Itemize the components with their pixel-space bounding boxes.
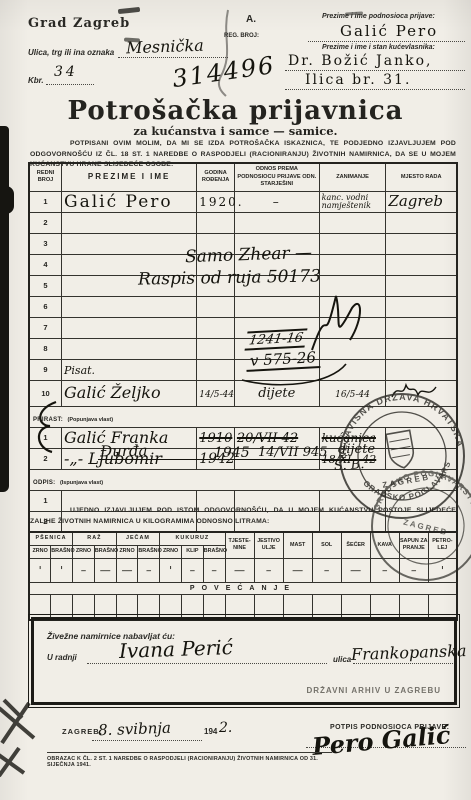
shop-name-label: U radnji	[47, 653, 77, 662]
owner-line2	[285, 89, 465, 90]
form-title: Potrošačka prijavnica	[0, 96, 471, 126]
col-mast: MAST	[283, 532, 312, 558]
person-workplace-value: Zagreb	[388, 192, 443, 210]
odpis-entry-name: Đurđa	[100, 442, 148, 461]
supply-value: —	[283, 558, 312, 582]
city-title: Grad Zagreb	[28, 16, 130, 31]
shop-name-value: Ivana Perić	[119, 635, 234, 663]
person-born: 14/5-44	[197, 380, 235, 406]
prirast-sublabel: (Popunjava vlast)	[68, 417, 114, 423]
odpis-sublabel: (Ispunjava vlast)	[60, 480, 103, 486]
supplies-group-header-row: PŠENICA RAŽ JEČAM KUKURUZ TJESTE-NINE JE…	[29, 532, 457, 545]
person-workplace	[386, 212, 457, 233]
increase-label: POVEĆANJE	[29, 582, 457, 594]
supply-value: —	[116, 558, 138, 582]
sub-klip: KLIP	[181, 545, 203, 558]
footer-year-printed: 194	[204, 727, 217, 736]
reg-number-label: REG. BROJ:	[224, 33, 259, 39]
kbr-label: Kbr.	[28, 76, 44, 85]
person-workplace	[386, 338, 457, 359]
row-number: 2	[29, 212, 62, 233]
persons-header-row: REDNI BROJ PREZIME I IME GODINA ROĐENJA …	[29, 163, 457, 191]
sub-brasno: BRAŠNO	[51, 545, 73, 558]
sub-brasno: BRAŠNO	[94, 545, 116, 558]
supply-value: –	[138, 558, 160, 582]
col-kava: KAVA	[370, 532, 399, 558]
applicant-line	[308, 41, 465, 42]
person-born: 1920.	[197, 191, 235, 212]
annotation-note2: Raspis od ruja 50173	[138, 266, 321, 289]
col-secer: ŠEĆER	[341, 532, 370, 558]
person-name	[62, 296, 197, 317]
person-occupation	[319, 233, 386, 254]
row-number: 1	[29, 191, 62, 212]
person-row-1: 1 Galić Pero 1920. – kanc. vodninamješte…	[29, 191, 457, 212]
person-occupation	[319, 212, 386, 233]
person-born	[197, 212, 235, 233]
person-born-value: 1920.	[199, 195, 243, 209]
person-name	[62, 338, 197, 359]
street-value: Mesnička	[126, 36, 204, 58]
scan-artifact-left-band	[0, 126, 9, 492]
owner-value-line2: Ilica br. 31.	[305, 72, 411, 88]
col-godina-rodjenja: GODINA ROĐENJA	[197, 163, 235, 191]
col-prezime-ime: PREZIME I IME	[62, 163, 197, 191]
row-number: 3	[29, 233, 62, 254]
row-number: 5	[29, 275, 62, 296]
person-name-value: Galić Željko	[64, 383, 161, 402]
supplies-intro: UJEDNO IZJAVLJUJEM POD ISTOM ODGOVORNOŠĆ…	[30, 506, 456, 527]
section-letter: A.	[246, 14, 256, 25]
col-raz: RAŽ	[73, 532, 117, 545]
row-number: 8	[29, 338, 62, 359]
col-jecam: JEČAM	[116, 532, 160, 545]
row-number: 7	[29, 317, 62, 338]
col-kukuruz: KUKURUZ	[160, 532, 225, 545]
sub-zrno: ZRNO	[116, 545, 138, 558]
person-name: Galić Pero	[62, 191, 197, 212]
supply-value: –	[73, 558, 95, 582]
form-subtitle: za kućanstva i samce — samice.	[0, 124, 471, 138]
footer-date-value: 8. svibnja	[98, 719, 171, 740]
person-relation	[234, 212, 319, 233]
scanned-form-page: Grad Zagreb Ulica, trg ili ina oznaka Me…	[0, 0, 471, 800]
person-relation-value: 20/VII 42	[237, 431, 298, 446]
person-occupation	[319, 254, 386, 275]
sub-zrno: ZRNO	[29, 545, 51, 558]
col-sapun: SAPUN ZA PRANJE	[399, 532, 428, 558]
person-born	[197, 317, 235, 338]
person-row-7: 7	[29, 317, 457, 338]
supply-value: –	[399, 558, 428, 582]
footer-year-hw: 2.	[219, 720, 232, 736]
row-number: 4	[29, 254, 62, 275]
applicant-value: Galić Pero	[340, 22, 438, 40]
person-born-value: 1910	[199, 431, 232, 446]
col-psenica: PŠENICA	[29, 532, 73, 545]
archive-stamp-text: DRŽAVNI ARHIV U ZAGREBU	[306, 686, 441, 695]
applicant-label: Prezime i ime podnosioca prijave:	[322, 13, 435, 20]
scan-artifact-topleft	[118, 7, 140, 14]
col-sol: SOL	[312, 532, 341, 558]
supplies-increase-row: POVEĆANJE	[29, 582, 457, 594]
supplies-table-wrap: PŠENICA RAŽ JEČAM KUKURUZ TJESTE-NINE JE…	[28, 531, 458, 621]
supplies-values-row: ' ' – — — – ' – – — – — – — – – '	[29, 558, 457, 582]
person-row-6: 6	[29, 296, 457, 317]
supplies-table: PŠENICA RAŽ JEČAM KUKURUZ TJESTE-NINE JE…	[28, 531, 458, 621]
person-row-8: 8	[29, 338, 457, 359]
person-relation-value: –	[273, 195, 281, 209]
kbr-value: 34	[54, 64, 78, 80]
person-workplace	[386, 359, 457, 380]
person-workplace	[386, 233, 457, 254]
person-relation: –	[234, 191, 319, 212]
person-name: Galić Željko	[62, 380, 197, 406]
sub-zrno: ZRNO	[73, 545, 95, 558]
person-name-value: Pisat.	[64, 364, 95, 377]
supply-value: –	[312, 558, 341, 582]
sub-zrno: ZRNO	[160, 545, 182, 558]
person-workplace	[386, 296, 457, 317]
col-mjesto-rada: MJESTO RADA	[386, 163, 457, 191]
odpis-label: ODPIS:	[33, 480, 55, 486]
supply-value: '	[428, 558, 457, 582]
person-workplace: Zagreb	[386, 191, 457, 212]
street-line	[118, 57, 228, 58]
kbr-line	[46, 84, 94, 85]
col-redni-broj: REDNI BROJ	[29, 163, 62, 191]
person-name	[62, 212, 197, 233]
col-petrolej: PETRO-LEJ	[428, 532, 457, 558]
row-number: 6	[29, 296, 62, 317]
owner-label: Prezime i ime i stan kućevlasnika:	[322, 44, 435, 51]
supply-value: '	[29, 558, 51, 582]
annotation-num8-value: 1241-16	[245, 328, 308, 350]
col-zanimanje: ZANIMANJE	[319, 163, 386, 191]
row-number: 9	[29, 359, 62, 380]
shop-street-value: Frankopanska	[351, 641, 467, 664]
supply-value: —	[94, 558, 116, 582]
prirast-bracket	[28, 398, 62, 456]
street-label: Ulica, trg ili ina oznaka	[28, 48, 114, 57]
sub-brasno: BRAŠNO	[138, 545, 160, 558]
supply-value: –	[181, 558, 203, 582]
odpis-entry-date: 14/VII 945	[258, 445, 328, 460]
supply-value: —	[341, 558, 370, 582]
person-row-2: 2	[29, 212, 457, 233]
person-name-value: Galić Pero	[64, 192, 173, 212]
col-jestivo-ulje: JESTIVO ULJE	[254, 532, 283, 558]
person-occupation: kanc. vodninamještenik	[319, 191, 386, 212]
col-odnos: ODNOS PREMA PODNOSIOCU PRIJAVE ODN. STAR…	[234, 163, 319, 191]
supply-value: –	[254, 558, 283, 582]
supply-value: –	[370, 558, 399, 582]
shop-name-line	[87, 663, 327, 664]
footer-note-rule	[47, 752, 332, 753]
person-name: Pisat.	[62, 359, 197, 380]
sub-brasno: BRAŠNO	[203, 545, 225, 558]
col-tjestenine: TJESTE-NINE	[225, 532, 254, 558]
shop-street-label: ulica	[333, 655, 351, 664]
annotation-swoosh	[240, 360, 350, 390]
person-born	[197, 296, 235, 317]
scan-artifact-left-bump	[0, 186, 14, 214]
person-born	[197, 359, 235, 380]
shop-box: Živežne namirnice nabavljat ću: U radnji…	[28, 614, 460, 708]
person-occupation-line2: namještenik	[322, 202, 384, 210]
footer-note: OBRAZAC K ČL. 2 ST. 1 NAREDBE O RASPODJE…	[47, 756, 337, 768]
footer-date-line	[92, 740, 202, 741]
owner-value-line1: Dr. Božić Janko,	[288, 53, 432, 69]
person-workplace	[386, 275, 457, 296]
supply-value: '	[51, 558, 73, 582]
person-born	[197, 338, 235, 359]
owner-line1	[285, 70, 465, 71]
person-workplace	[386, 317, 457, 338]
person-workplace	[386, 254, 457, 275]
supply-value: '	[160, 558, 182, 582]
person-name	[62, 317, 197, 338]
person-born-value: 14/5-44	[199, 390, 234, 400]
annotation-num8: 1241-16	[246, 328, 307, 350]
supply-value: –	[203, 558, 225, 582]
person-name	[62, 233, 197, 254]
odpis-entry-underline	[98, 459, 348, 460]
supply-value: —	[225, 558, 254, 582]
footer-place: ZAGREB,	[62, 727, 103, 736]
